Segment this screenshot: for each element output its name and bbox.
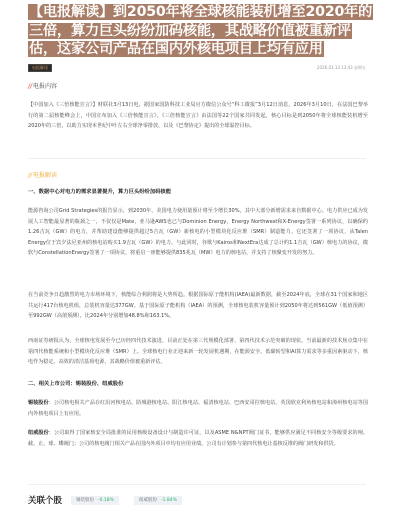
stock-name: 纽威股份 [139, 498, 157, 503]
company-paragraph-1: 锡装股份：公司核电相关产品在红沿河核电站、防城港核电站、阳江核电站、福清核电站、… [28, 398, 368, 419]
category-tag[interactable]: 电报解读 [28, 64, 52, 72]
section-mark-icon: // [28, 83, 32, 90]
article-meta: 电报解读 2026.03.13 13:43 星期五 [28, 64, 366, 74]
content-paragraph: 【中国加入《三倍核能宣言》】财联社3月13日电，据国家国防科技工业局官方微信公众… [28, 100, 368, 132]
stock-change: -0.18% [98, 498, 114, 503]
section-heading-content: //电报内容 [28, 83, 57, 91]
publish-date: 2026.03.13 13:43 星期五 [317, 65, 366, 71]
stock-chip[interactable]: 锡装股份-0.18% [71, 496, 119, 505]
analysis-paragraph-3: 西南证券研报认为，全球核电发展至今已历经四代技术演进，目前正处在第三代规模化部署… [28, 336, 368, 368]
company-paragraph-2: 纽威股份：公司取得了国家核安全局批准的民用核级设备设计与制造许可证，以及ASME… [28, 428, 368, 449]
analysis-paragraph-2: 在当前竞争日趋激烈的电力市场环境下，核能综合利润将是大势所趋。根据国际原子能机构… [28, 290, 368, 322]
analysis-subheading-2: 二、相关上市公司：锡装股份、纽威股份 [28, 380, 123, 388]
stock-change: -1.84% [161, 498, 177, 503]
company-name: 锡装股份 [28, 400, 49, 406]
divider [28, 484, 366, 485]
article-title: 【电报解读】到2050年将全球核能装机增至2020年的三倍，算力巨头纷纷加码核能… [28, 3, 373, 59]
divider [28, 158, 366, 159]
stock-name: 锡装股份 [76, 498, 94, 503]
stock-chip[interactable]: 纽威股份-1.84% [134, 496, 182, 505]
analysis-subheading-1: 一、数据中心对电力的需求显著提升，算力巨头纷纷加码核能 [28, 188, 171, 196]
section-heading-analysis: //电报解读 [28, 172, 57, 180]
analysis-paragraph-1: 能源咨询公司Grid Strategies的报告显示，到2030年，美国电力使用… [28, 206, 368, 259]
company-name: 纽威股份 [28, 430, 49, 436]
related-stocks-title: 关联个股 [28, 494, 62, 506]
section-mark-icon: // [28, 172, 32, 179]
